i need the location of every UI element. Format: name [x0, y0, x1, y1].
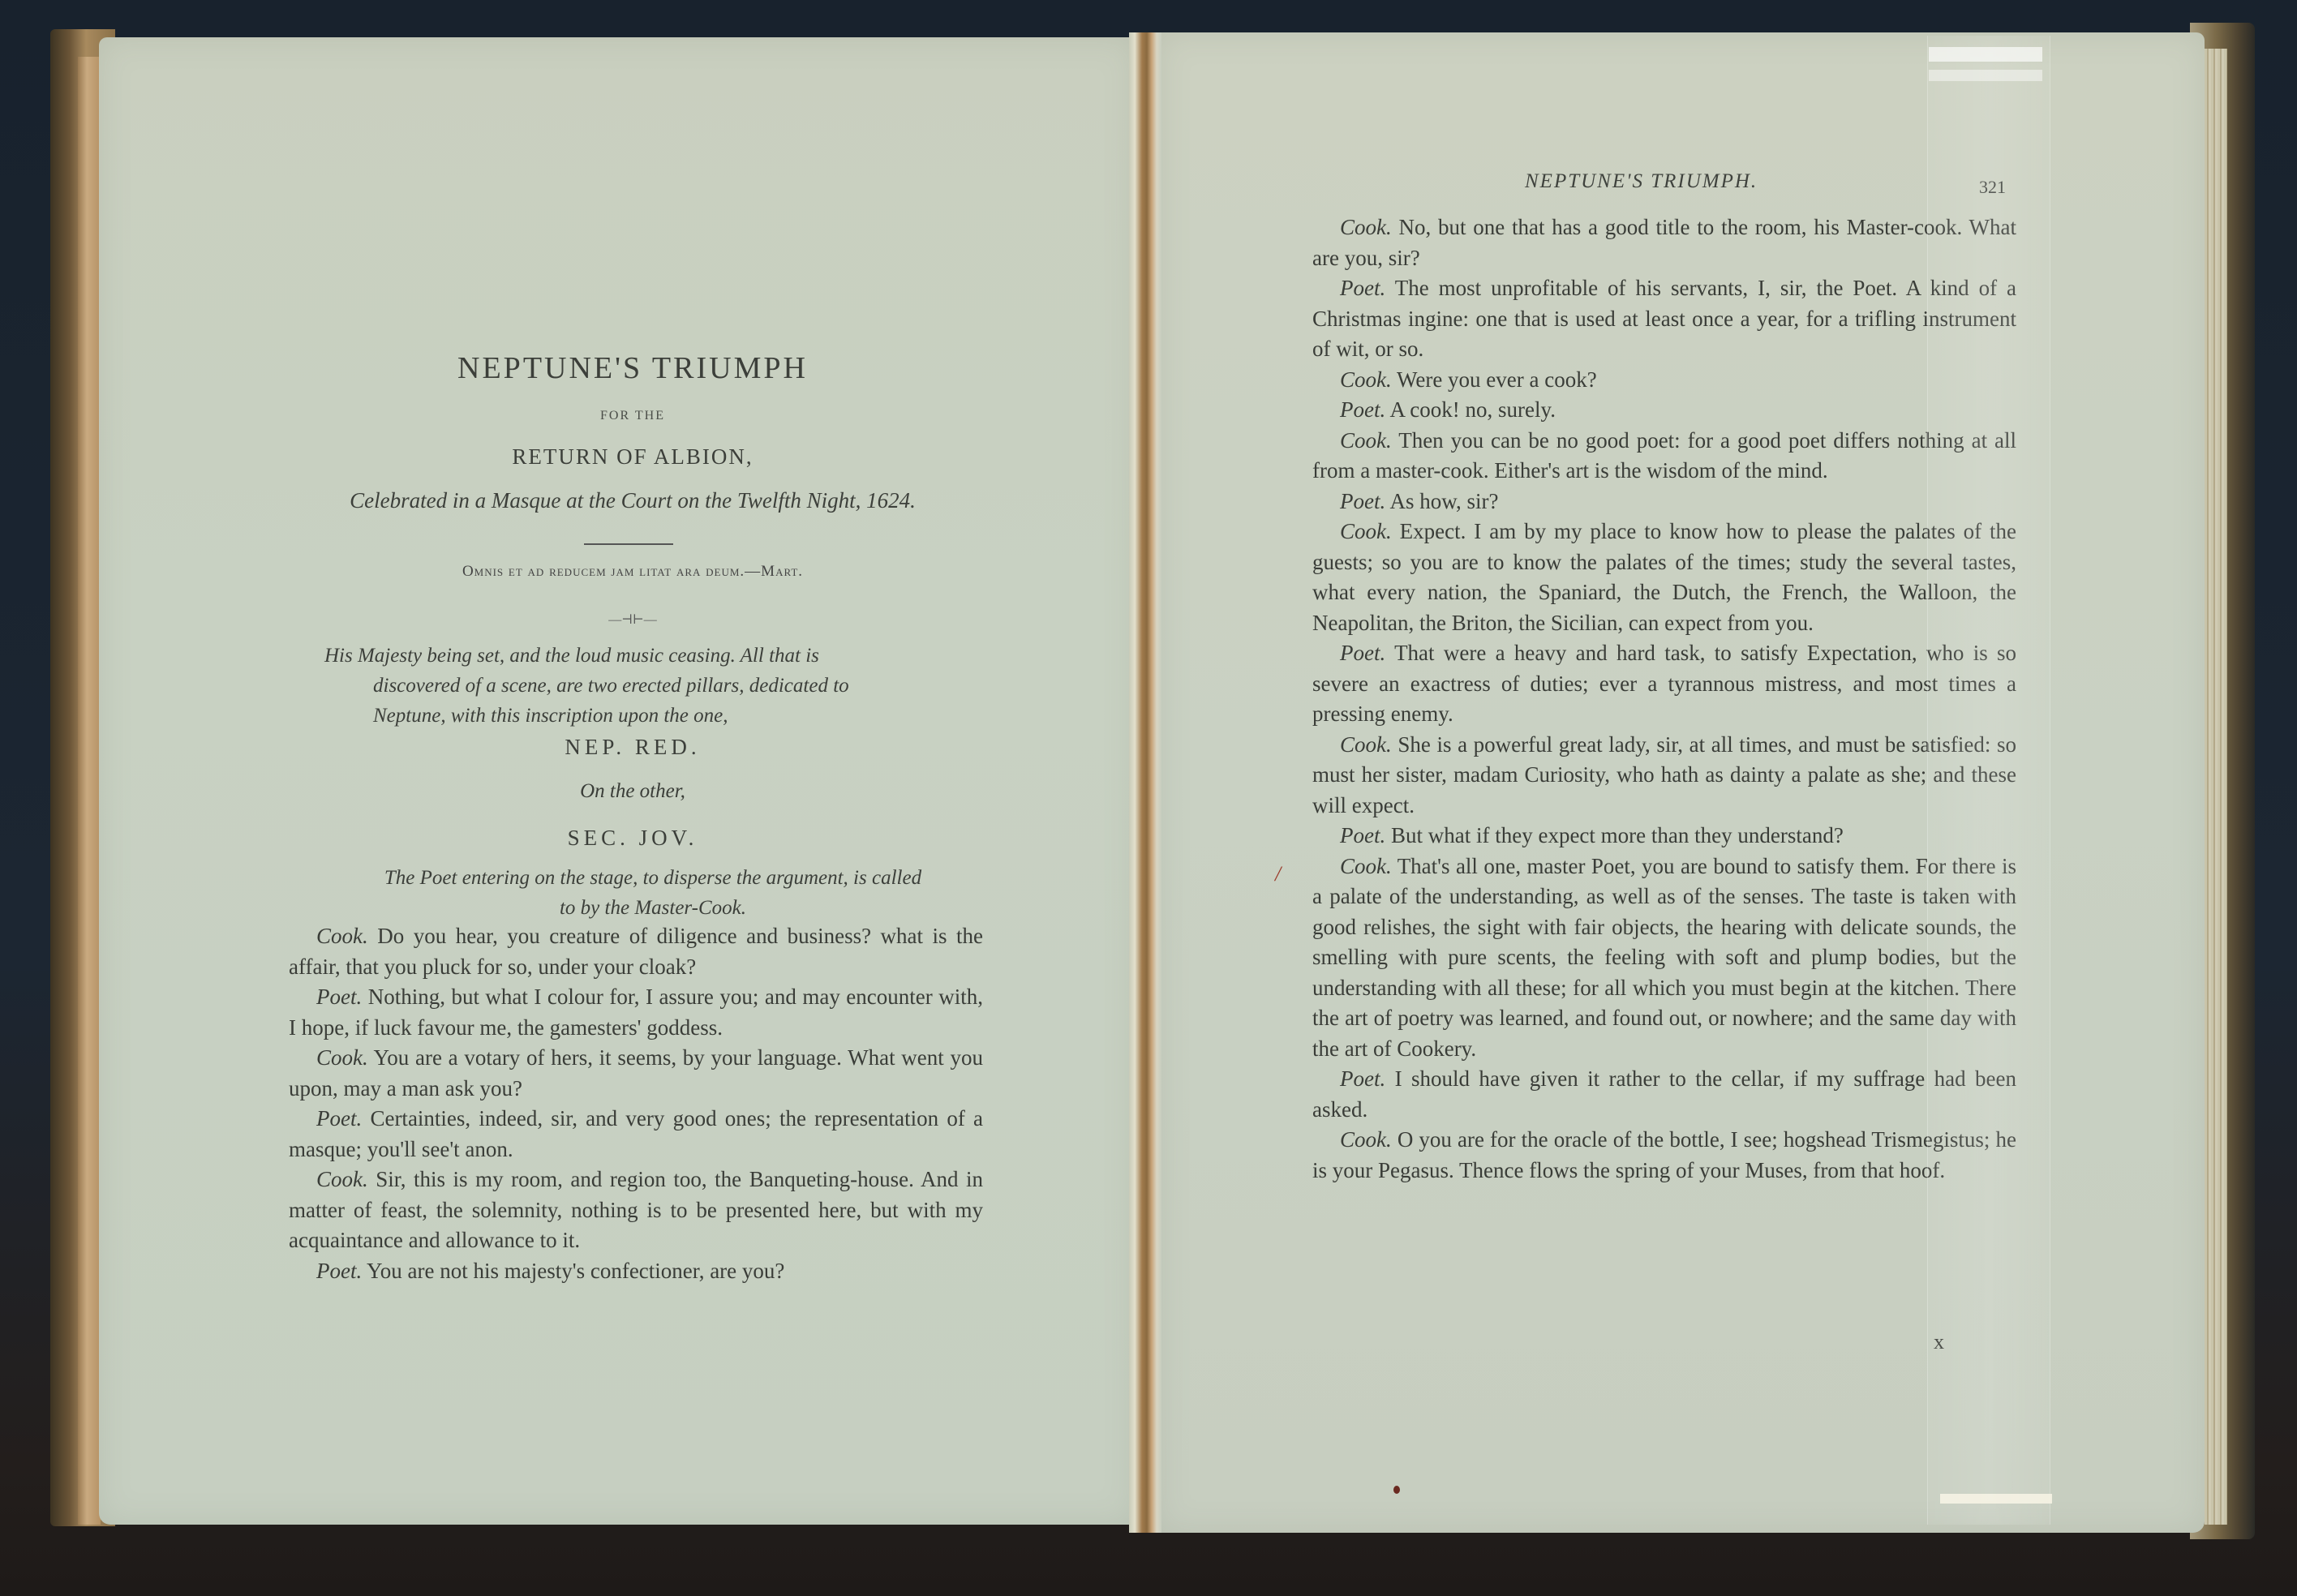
dialogue-line: Cook. Sir, this is my room, and region t… — [289, 1165, 983, 1256]
pencil-margin-mark: / — [1275, 862, 1281, 886]
stage-on-the-other: On the other, — [243, 780, 1022, 803]
strip-glare — [1929, 47, 2042, 62]
dialogue-line: Cook. Were you ever a cook? — [1312, 365, 2016, 396]
speech-text: No, but one that has a good title to the… — [1312, 215, 2016, 270]
speech-text: Do you hear, you creature of diligence a… — [289, 924, 983, 979]
stage-line: The Poet entering on the stage, to dispe… — [308, 863, 998, 893]
dialogue-line: Cook. Expect. I am by my place to know h… — [1312, 517, 2016, 638]
speaker-name: Poet. — [1340, 489, 1385, 513]
speech-text: That were a heavy and hard task, to sati… — [1312, 641, 2016, 726]
dialogue-line: Cook. Then you can be no good poet: for … — [1312, 426, 2016, 487]
performance-note: Celebrated in a Masque at the Court on t… — [276, 488, 990, 513]
left-page-dialogue: Cook. Do you hear, you creature of dilig… — [289, 921, 983, 1286]
speech-text: Expect. I am by my place to know how to … — [1312, 519, 2016, 635]
book-spine-gutter — [1129, 32, 1161, 1533]
title-connector: FOR THE — [243, 409, 1022, 423]
speaker-name: Poet. — [1340, 397, 1385, 422]
speaker-name: Cook. — [1340, 854, 1392, 878]
speaker-name: Cook. — [316, 924, 368, 948]
speaker-name: Cook. — [1340, 367, 1392, 392]
speech-text: You are a votary of hers, it seems, by y… — [289, 1045, 983, 1100]
page-edges-left — [78, 57, 101, 1525]
strip-glare — [1929, 70, 2042, 81]
dialogue-line: Cook. She is a powerful great lady, sir,… — [1312, 730, 2016, 822]
dialogue-line: Poet. You are not his majesty's confecti… — [289, 1256, 983, 1287]
right-page-dialogue: Cook. No, but one that has a good title … — [1312, 212, 2016, 1186]
speech-text: You are not his majesty's confectioner, … — [367, 1259, 784, 1283]
speaker-name: Poet. — [316, 1106, 362, 1130]
speech-text: Nothing, but what I colour for, I assure… — [289, 985, 983, 1040]
speaker-name: Cook. — [316, 1045, 368, 1070]
dialogue-line: Poet. As how, sir? — [1312, 487, 2016, 517]
speech-text: O you are for the oracle of the bottle, … — [1312, 1127, 2016, 1182]
ink-spot — [1393, 1486, 1400, 1494]
speaker-name: Cook. — [1340, 428, 1392, 453]
pillar-inscription-1: NEP. RED. — [243, 735, 1022, 760]
speech-text: But what if they expect more than they u… — [1391, 823, 1844, 847]
speaker-name: Cook. — [316, 1167, 368, 1191]
speaker-name: Cook. — [1340, 215, 1392, 239]
strip-glare — [1940, 1494, 2052, 1504]
speaker-name: Cook. — [1340, 519, 1392, 543]
stage-line: discovered of a scene, are two erected p… — [324, 671, 981, 701]
speech-text: The most unprofitable of his servants, I… — [1312, 276, 2016, 361]
latin-motto: Omnis et ad reducem jam litat ara deum.—… — [308, 563, 957, 581]
speech-text: A cook! no, surely. — [1390, 397, 1556, 422]
speech-text: Certainties, indeed, sir, and very good … — [289, 1106, 983, 1161]
transparent-bookmark-strip — [1927, 36, 2050, 1525]
dialogue-line: Poet. A cook! no, surely. — [1312, 395, 2016, 426]
stage-direction-poet-enters: The Poet entering on the stage, to dispe… — [308, 863, 998, 923]
speech-text: I should have given it rather to the cel… — [1312, 1066, 2016, 1122]
dialogue-line: Poet. Nothing, but what I colour for, I … — [289, 982, 983, 1043]
ornament-divider-icon: —⊣⊢— — [584, 611, 681, 628]
speaker-name: Poet. — [1340, 276, 1385, 300]
speech-text: She is a powerful great lady, sir, at al… — [1312, 732, 2016, 817]
dialogue-line: Poet. Certainties, indeed, sir, and very… — [289, 1104, 983, 1165]
speech-text: Sir, this is my room, and region too, th… — [289, 1167, 983, 1252]
speech-text: That's all one, master Poet, you are bou… — [1312, 854, 2016, 1061]
running-head: NEPTUNE'S TRIUMPH. — [1525, 170, 1758, 193]
speaker-name: Poet. — [1340, 823, 1385, 847]
dialogue-line: Cook. O you are for the oracle of the bo… — [1312, 1125, 2016, 1186]
speaker-name: Poet. — [316, 1259, 362, 1283]
title-rule-divider — [584, 543, 673, 545]
speaker-name: Poet. — [316, 985, 362, 1009]
speaker-name: Poet. — [1340, 641, 1385, 665]
speaker-name: Cook. — [1340, 732, 1392, 757]
dialogue-line: Cook. No, but one that has a good title … — [1312, 212, 2016, 273]
play-title: NEPTUNE'S TRIUMPH — [243, 350, 1022, 386]
dialogue-line: Cook. You are a votary of hers, it seems… — [289, 1043, 983, 1104]
dialogue-line: Poet. But what if they expect more than … — [1312, 821, 2016, 852]
stage-line: His Majesty being set, and the loud musi… — [324, 641, 981, 671]
dialogue-line: Cook. That's all one, master Poet, you a… — [1312, 852, 2016, 1065]
play-subtitle: RETURN OF ALBION, — [243, 444, 1022, 470]
stage-line: Neptune, with this inscription upon the … — [324, 701, 981, 731]
speech-text: Were you ever a cook? — [1397, 367, 1597, 392]
dialogue-line: Poet. I should have given it rather to t… — [1312, 1064, 2016, 1125]
dialogue-line: Poet. That were a heavy and hard task, t… — [1312, 638, 2016, 730]
pillar-inscription-2: SEC. JOV. — [243, 826, 1022, 851]
speaker-name: Poet. — [1340, 1066, 1385, 1091]
dialogue-line: Poet. The most unprofitable of his serva… — [1312, 273, 2016, 365]
dialogue-line: Cook. Do you hear, you creature of dilig… — [289, 921, 983, 982]
speaker-name: Cook. — [1340, 1127, 1392, 1152]
page-edges-right — [2205, 49, 2227, 1525]
stage-direction-opening: His Majesty being set, and the loud musi… — [324, 641, 981, 731]
speech-text: As how, sir? — [1390, 489, 1499, 513]
stage-line: to by the Master-Cook. — [308, 893, 998, 923]
speech-text: Then you can be no good poet: for a good… — [1312, 428, 2016, 483]
